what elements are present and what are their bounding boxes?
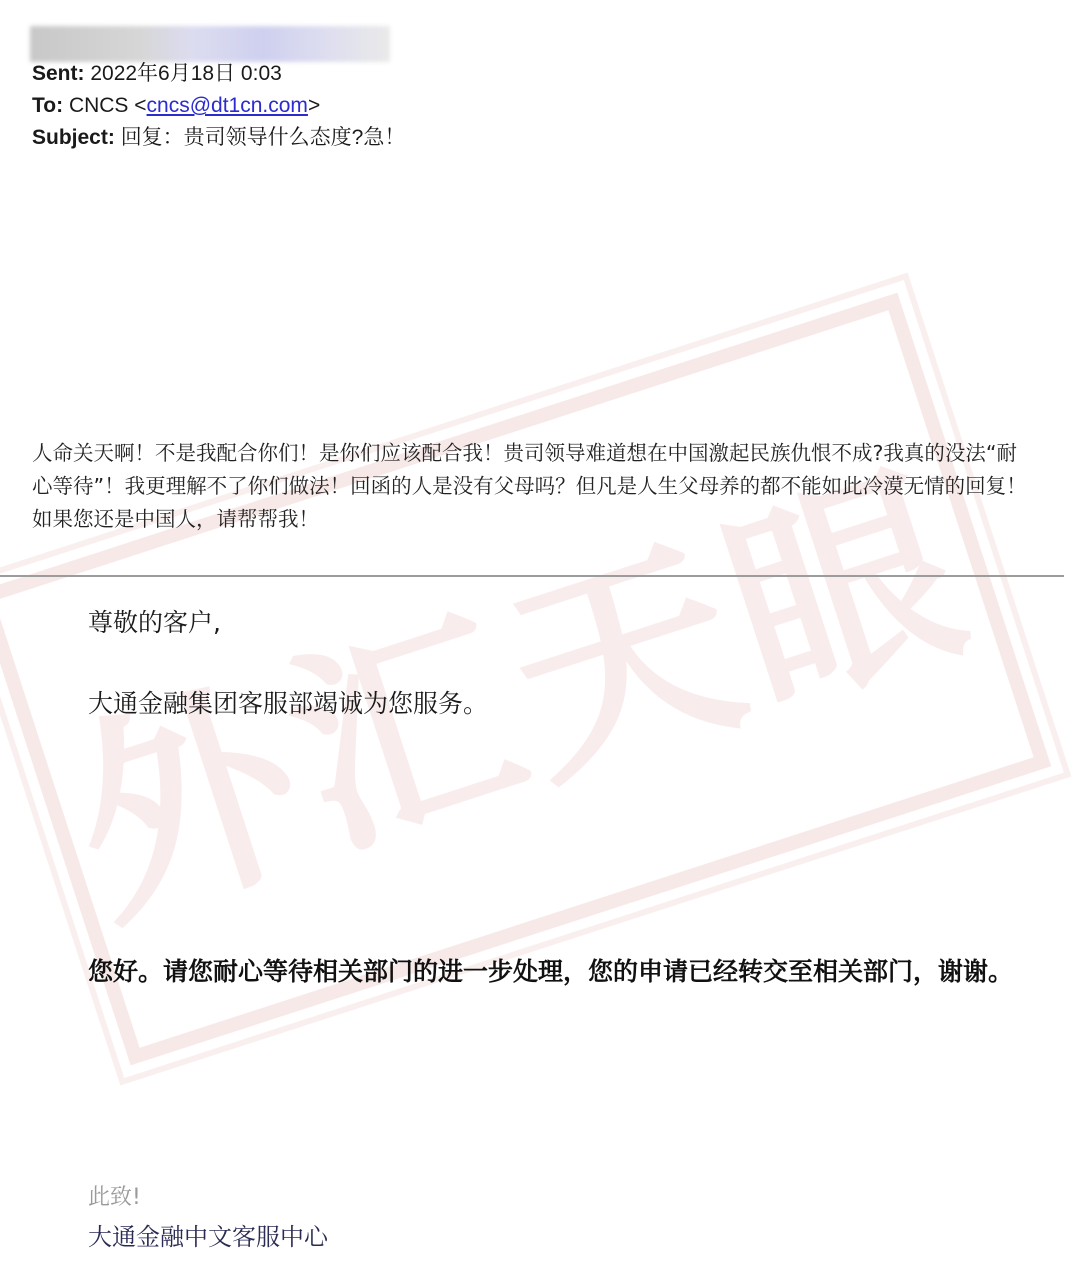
to-row: To: CNCS <cncs@dt1cn.com> (32, 90, 405, 122)
redacted-sender-field (30, 26, 390, 62)
sent-value: 2022年6月18日 0:03 (90, 62, 281, 85)
to-email-link[interactable]: cncs@dt1cn.com (147, 94, 308, 117)
reply-intro: 大通金融集团客服部竭诚为您服务。 (88, 687, 488, 721)
message-divider (0, 575, 1064, 577)
email-header: Sent: 2022年6月18日 0:03 To: CNCS <cncs@dt1… (32, 58, 405, 154)
subject-label: Subject: (32, 126, 115, 149)
quoted-customer-message: 人命关天啊！不是我配合你们！是你们应该配合我！贵司领导难道想在中国激起民族仇恨不… (32, 437, 1032, 536)
to-suffix: > (308, 94, 320, 117)
reply-body: 您好。请您耐心等待相关部门的进一步处理，您的申请已经转交至相关部门，谢谢。 (88, 950, 1018, 994)
reply-signature: 大通金融中文客服中心 (88, 1221, 328, 1253)
subject-row: Subject: 回复：贵司领导什么态度?急！ (32, 122, 405, 154)
sent-label: Sent: (32, 62, 85, 85)
subject-value: 回复：贵司领导什么态度?急！ (121, 126, 406, 149)
reply-greeting: 尊敬的客户, (88, 606, 221, 640)
to-name: CNCS < (69, 94, 147, 117)
reply-closing: 此致! (88, 1183, 141, 1213)
sent-row: Sent: 2022年6月18日 0:03 (32, 58, 405, 90)
to-label: To: (32, 94, 63, 117)
